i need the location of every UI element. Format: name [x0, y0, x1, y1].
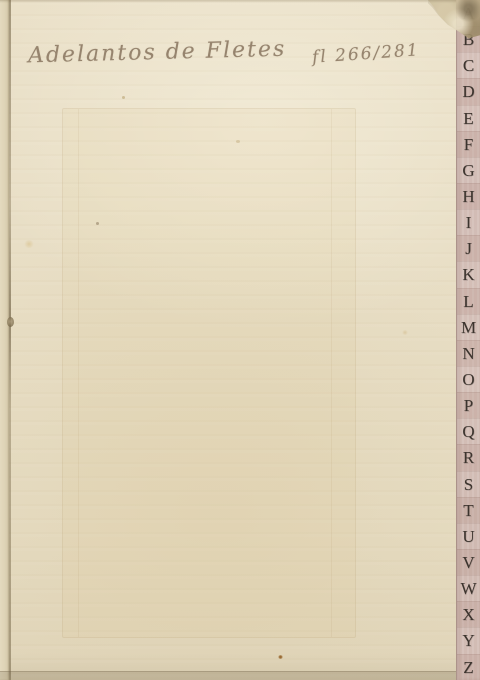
index-tab-h: H [457, 183, 480, 209]
page-bottom-edge [0, 671, 456, 680]
index-tab-i: I [457, 209, 480, 235]
index-tab-g: G [457, 157, 480, 183]
binding-edge-strip [0, 0, 9, 680]
index-tab-w: W [457, 575, 480, 601]
index-tab-n: N [457, 340, 480, 366]
index-tab-k: K [457, 261, 480, 287]
index-tab-m: M [457, 314, 480, 340]
binding-knot [7, 317, 14, 327]
showthrough-column-line [331, 109, 332, 637]
alphabet-thumb-index: ABCDEFGHIJKLMNOPQRSTUVWXYZ [456, 0, 480, 680]
binding-edge-line [9, 0, 11, 680]
index-tab-letter: T [463, 502, 473, 519]
index-tab-r: R [457, 444, 480, 470]
index-tab-letter: N [462, 345, 474, 362]
index-tab-letter: W [460, 580, 476, 597]
index-tab-letter: F [464, 136, 473, 153]
index-tab-a: A [457, 0, 480, 26]
index-tab-t: T [457, 497, 480, 523]
index-tab-y: Y [457, 627, 480, 653]
index-tab-q: Q [457, 418, 480, 444]
index-tab-p: P [457, 392, 480, 418]
index-tab-s: S [457, 471, 480, 497]
index-tab-letter: V [462, 554, 474, 571]
index-tab-l: L [457, 288, 480, 314]
showthrough-table-outline [62, 108, 356, 638]
index-tab-x: X [457, 601, 480, 627]
index-tab-letter: E [463, 110, 473, 127]
index-tab-u: U [457, 523, 480, 549]
index-tab-letter: O [462, 371, 474, 388]
page-top-edge [0, 0, 456, 3]
index-tab-letter: K [462, 266, 474, 283]
index-tab-letter: A [462, 5, 474, 22]
index-tab-e: E [457, 105, 480, 131]
index-tab-d: D [457, 78, 480, 104]
index-tab-letter: L [463, 293, 473, 310]
index-tab-j: J [457, 235, 480, 261]
scanned-ledger-page: Adelantos de Fletes fl 266/281 ABCDEFGHI… [0, 0, 480, 680]
index-tab-letter: D [462, 83, 474, 100]
index-tab-letter: Z [463, 659, 473, 676]
index-tab-letter: X [462, 606, 474, 623]
index-tab-z: Z [457, 654, 480, 680]
index-tab-letter: U [462, 528, 474, 545]
index-tab-letter: H [462, 188, 474, 205]
index-tab-letter: I [466, 214, 472, 231]
index-tab-f: F [457, 131, 480, 157]
index-tab-o: O [457, 366, 480, 392]
index-tab-letter: P [464, 397, 473, 414]
index-tab-letter: B [463, 31, 474, 48]
index-tab-letter: C [463, 57, 474, 74]
index-tab-letter: S [464, 476, 473, 493]
index-tab-letter: J [465, 240, 472, 257]
showthrough-column-line [78, 109, 79, 637]
index-tab-letter: Q [462, 423, 474, 440]
index-tab-v: V [457, 549, 480, 575]
index-tab-letter: Y [462, 632, 474, 649]
index-tab-letter: R [463, 449, 474, 466]
index-tab-letter: G [462, 162, 474, 179]
index-tab-c: C [457, 52, 480, 78]
index-tab-b: B [457, 26, 480, 52]
index-tab-letter: M [461, 319, 476, 336]
